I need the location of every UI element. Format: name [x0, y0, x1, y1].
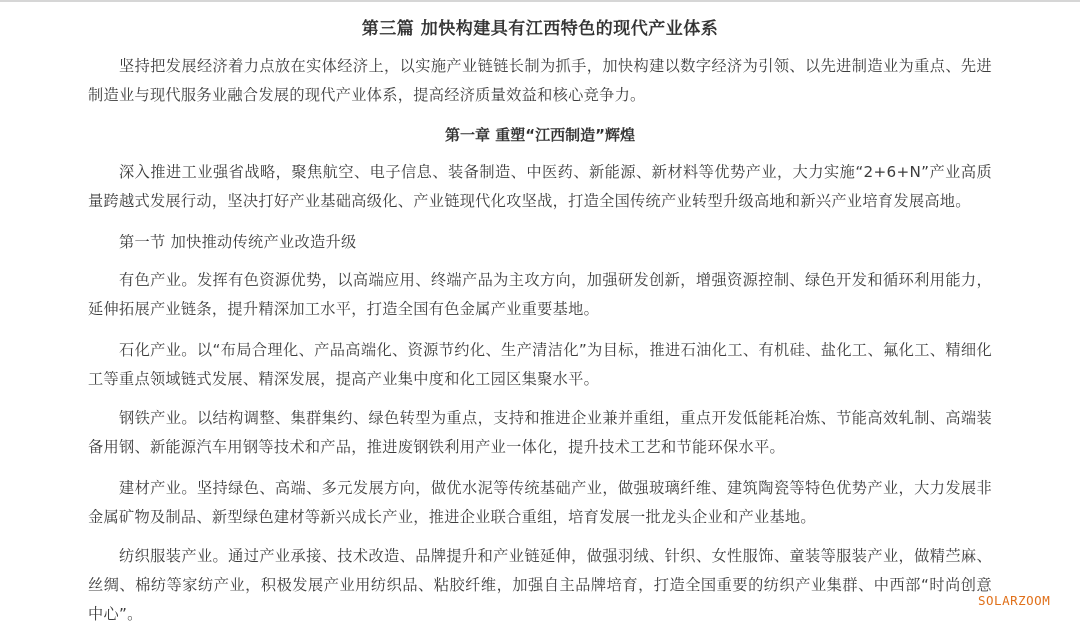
top-border: [0, 0, 1080, 2]
paragraph-nonferrous: 有色产业。发挥有色资源优势，以高端应用、终端产品为主攻方向，加强研发创新，增强资…: [88, 266, 992, 324]
paragraph-petrochemical: 石化产业。以“布局合理化、产品高端化、资源节约化、生产清洁化”为目标，推进石油化…: [88, 336, 992, 394]
intro-paragraph: 坚持把发展经济着力点放在实体经济上，以实施产业链链长制为抓手，加快构建以数字经济…: [88, 52, 992, 110]
paragraph-textile: 纺织服装产业。通过产业承接、技术改造、品牌提升和产业链延伸，做强羽绒、针织、女性…: [88, 542, 992, 629]
part-title: 第三篇 加快构建具有江西特色的现代产业体系: [88, 14, 992, 39]
watermark-logo: SOLARZOOM: [978, 593, 1050, 608]
chapter-title: 第一章 重塑“江西制造”辉煌: [88, 124, 992, 145]
section-title: 第一节 加快推动传统产业改造升级: [119, 231, 356, 252]
paragraph-building-materials: 建材产业。坚持绿色、高端、多元发展方向，做优水泥等传统基础产业，做强玻璃纤维、建…: [88, 474, 992, 532]
paragraph-steel: 钢铁产业。以结构调整、集群集约、绿色转型为重点，支持和推进企业兼并重组，重点开发…: [88, 404, 992, 462]
chapter-intro-paragraph: 深入推进工业强省战略，聚焦航空、电子信息、装备制造、中医药、新能源、新材料等优势…: [88, 158, 992, 216]
